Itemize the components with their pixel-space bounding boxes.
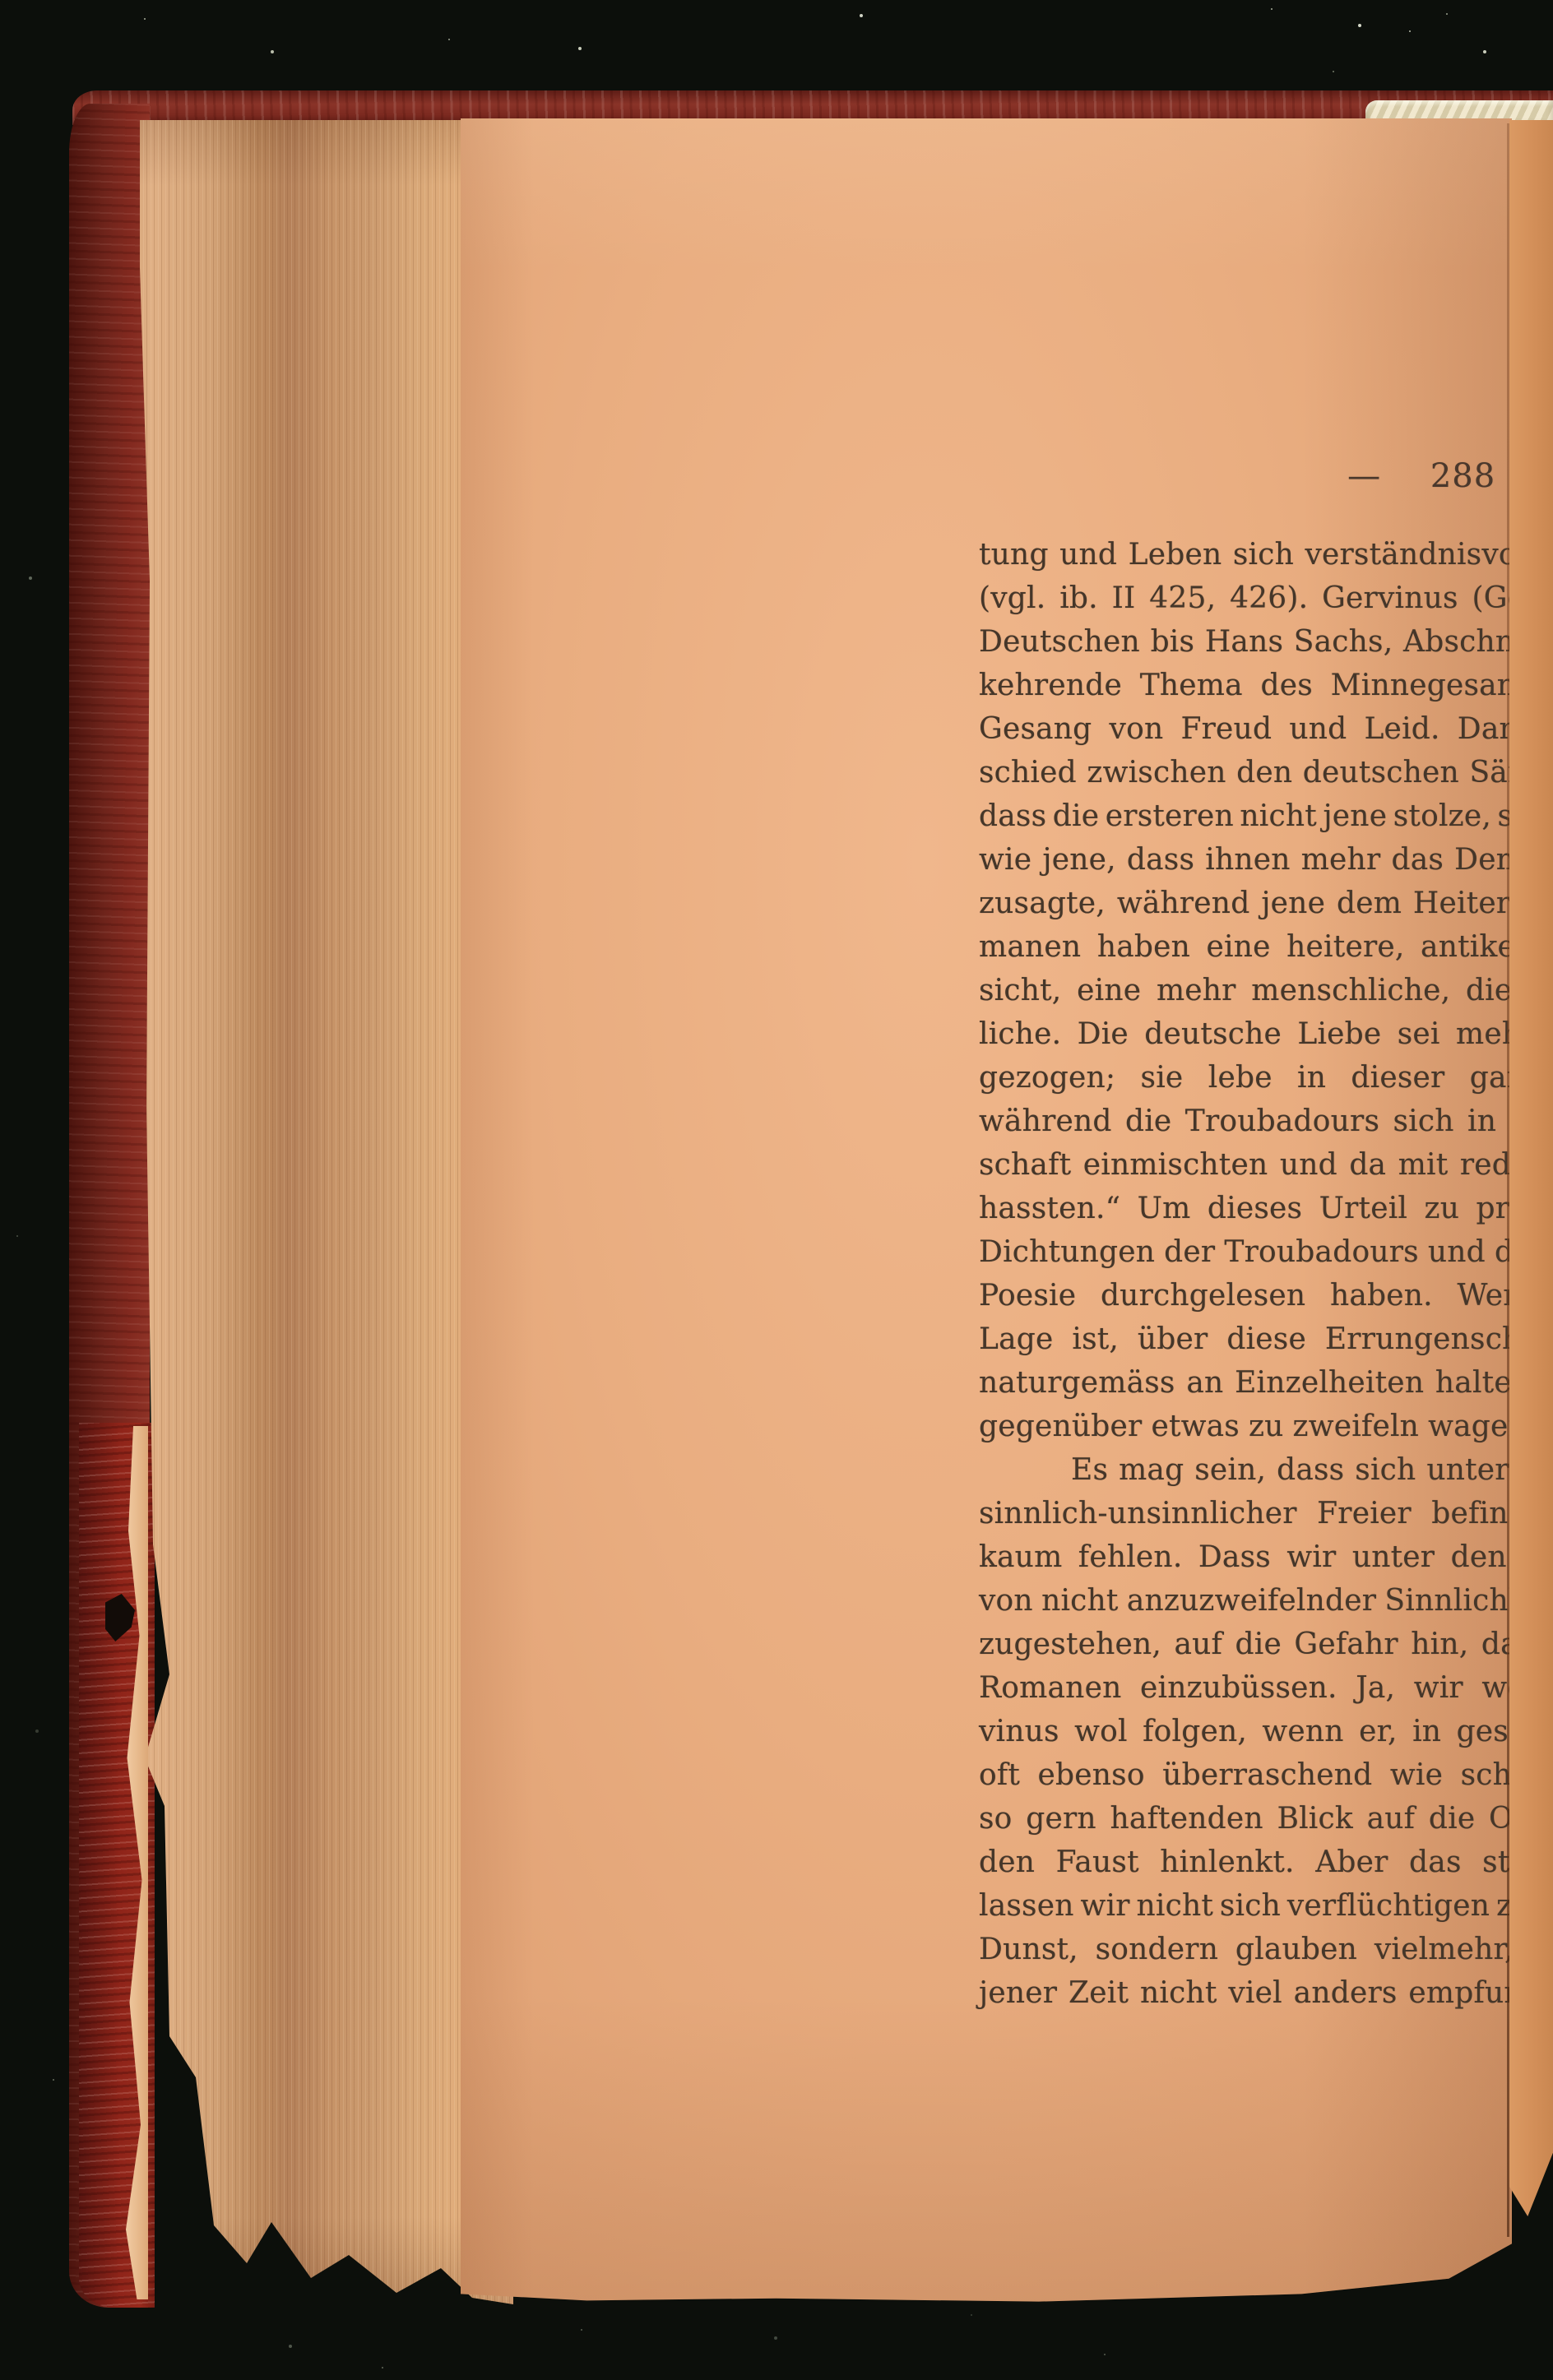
text-line: lassenwirnichtsichverflüchtigenzusentime… (979, 1884, 1553, 1928)
text-line: Lageist,überdieseErrungenschaftzuverfüge… (979, 1317, 1553, 1361)
text-line: gezogen;sielebeindieserganzenEpocheihrer… (979, 1056, 1553, 1100)
text-line: zugestehen,aufdieGefahrhin,damiteinenVor… (979, 1623, 1553, 1666)
text-line: liche.DiedeutscheLiebeseimehrinnerlich,i… (979, 1012, 1553, 1056)
text-line: sicht,einemehrmenschliche,dieGermanenein… (979, 969, 1553, 1012)
text-line: oftebensoüberraschendwieschlagend,unsern… (979, 1753, 1553, 1797)
page-edge-crease (1507, 123, 1509, 2237)
text-line: tungundLebensichverständnisvolldieHandre… (979, 533, 1553, 576)
text-line: vinuswolfolgen,wenner,ingeschichtlichenV… (979, 1710, 1553, 1753)
text-line: gegenüberetwaszuzweifelnwagen. (979, 1405, 1553, 1448)
text-line: hassten.“UmdiesesUrteilzuprüfen,müsstema… (979, 1187, 1553, 1230)
next-page-edge (1509, 120, 1553, 2242)
text-line: währenddieTroubadourssichinalleVerhältni… (979, 1100, 1553, 1143)
text-line: denFausthinlenkt.AberdasstarkeKörnchenSi… (979, 1841, 1553, 1884)
page-number: — 288 — (979, 457, 1553, 495)
text-line: manenhabeneineheitere,antike,selbstvertr… (979, 925, 1553, 969)
book-scan: — 288 — tungundLebensichverständnisvolld… (0, 0, 1553, 2380)
text-line: Romaneneinzubüssen.Ja,wirwerdendemgeistv… (979, 1666, 1553, 1710)
text-line: kehrendeThemadesMinnegesangesinDeutschla… (979, 664, 1553, 707)
text-line: naturgemässanEinzelheitenhaltenundsogare… (979, 1361, 1553, 1405)
book-page: — 288 — tungundLebensichverständnisvolld… (461, 118, 1512, 2303)
page-stack-fore-edges (117, 120, 513, 2304)
text-line: jenerZeitnichtvielandersempfundenhatalsd… (979, 1971, 1553, 2015)
text-line: Poesiedurchgelesenhaben.Wernichtinderglü… (979, 1274, 1553, 1317)
text-line: wiejene,dassihnenmehrdasDemütig-Christli… (979, 838, 1553, 882)
text-line: Dunst,sondernglaubenvielmehr,dassderdeut… (979, 1928, 1553, 1971)
text-line: DichtungenderTroubadoursunddieganzedeuts… (979, 1230, 1553, 1274)
text-line: Esmagsein,dasssichunterdenmhd.Dichternau… (979, 1448, 1553, 1492)
text-line: dassdieersterennichtjenestolze,selbstzuf… (979, 794, 1553, 838)
dust-specks (0, 0, 2, 2)
text-line: DeutschenbisHansSachs,Abschn.V.)sagt:„Da… (979, 620, 1553, 664)
text-line: schafteinmischtenunddamitredeten,handelt… (979, 1143, 1553, 1187)
text-line: GesangvonFreudundLeid.Damalswardergrosse… (979, 707, 1553, 751)
text-line: vonnichtanzuzweifelnderSinnlichkeithaben… (979, 1579, 1553, 1623)
text-line: sogernhaftendenBlickaufdieOrestiedesÄsch… (979, 1797, 1553, 1841)
page-text-block: tungundLebensichverständnisvolldieHandre… (979, 533, 1553, 2015)
text-line: schiedzwischendendeutschenSängernunddenr… (979, 751, 1553, 794)
text-line: sinnlich-unsinnlicherFreierbefindet;denR… (979, 1492, 1553, 1535)
text-line: kaumfehlen.Dasswirunterdenmhd.Dichternau… (979, 1535, 1553, 1579)
text-line: zusagte,währendjenedemHeiternzugewandtwa… (979, 882, 1553, 925)
text-line: (vgl.ib.II425,426).Gervinus(Gesch.derpoe… (979, 576, 1553, 620)
